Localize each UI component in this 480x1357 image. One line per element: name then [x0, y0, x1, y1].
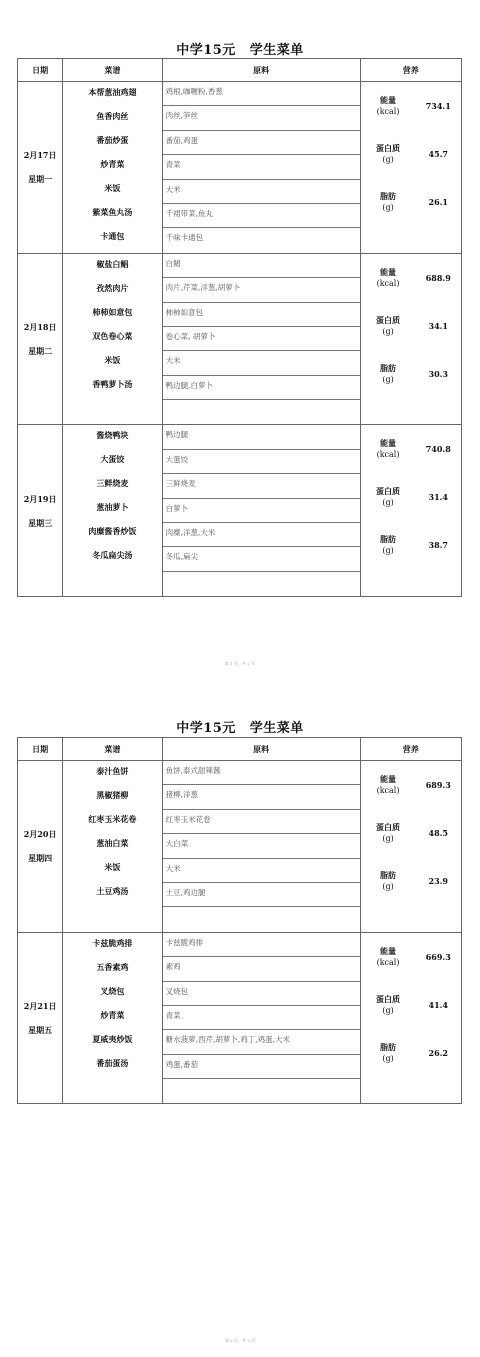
- ingredient-item: 千裙带菜,鱼丸: [163, 204, 360, 228]
- dish-item: 鱼香肉丝: [63, 106, 161, 130]
- ingredient-item: 冬瓜,扁尖: [163, 547, 360, 571]
- dish-item: 黑椒猪柳: [63, 785, 161, 809]
- title-school: 中学15元: [176, 43, 236, 58]
- ingredient-item: 番茄,鸡蛋: [163, 131, 360, 155]
- nutrition-value: 41.4: [416, 1000, 461, 1010]
- ingredient-item: 红枣玉米花卷: [163, 810, 360, 834]
- ingredient-item: 素鸡: [163, 957, 360, 981]
- header-row: 日期菜谱原料营养: [18, 738, 462, 761]
- nutrition-label: 蛋白质(g): [361, 486, 416, 508]
- nutrition-value: 23.9: [416, 876, 461, 886]
- nutrition-protein: 蛋白质(g)41.4: [361, 981, 461, 1029]
- nutrition-name: 能量: [361, 774, 416, 785]
- dish-item: [63, 1077, 161, 1101]
- day-date: 2月21日: [18, 994, 62, 1018]
- dish-item: 夏威夷炒饭: [63, 1029, 161, 1053]
- ingredient-item: 鸡根,咖喱粉,香葱: [163, 82, 360, 106]
- nutrition-label: 蛋白质(g): [361, 994, 416, 1016]
- nutrition-label: 脂肪(g): [361, 870, 416, 892]
- day-row: 2月18日星期二椒盐白鲳孜然肉片柿柿如意包双色卷心菜米饭香鸭萝卜汤白鲳肉片,芹菜…: [18, 253, 462, 425]
- ingredient-item: 白萝卜: [163, 499, 360, 523]
- page-footer: 第 1 页，共 2 页: [0, 661, 480, 667]
- dish-item: 葱油白菜: [63, 833, 161, 857]
- dish-item: 大蛋饺: [63, 449, 161, 473]
- day-weekday: 星期三: [18, 511, 62, 535]
- ingredient-item: 鱼饼,泰式甜辣酱: [163, 761, 360, 785]
- header-dish: 菜谱: [63, 59, 162, 82]
- dish-item: 米饭: [63, 857, 161, 881]
- nutrition-energy: 能量(kcal)689.3: [361, 761, 461, 809]
- day-date: 2月18日: [18, 315, 62, 339]
- dish-item: 肉糜酱香炒饭: [63, 521, 161, 545]
- header-ingredients: 原料: [162, 59, 360, 82]
- nutrition-value: 740.8: [416, 444, 461, 454]
- nutrition-label: 脂肪(g): [361, 534, 416, 556]
- title-menu: 学生菜单: [250, 43, 304, 58]
- header-row: 日期菜谱原料营养: [18, 59, 462, 82]
- nutrition-name: 能量: [361, 438, 416, 449]
- menu-table: 日期菜谱原料营养2月17日星期一本帮葱油鸡翅鱼香肉丝番茄炒蛋炒青菜米饭紫菜鱼丸汤…: [17, 58, 462, 597]
- dish-item: [63, 905, 161, 929]
- ingredient-item: 白鲳: [163, 254, 360, 278]
- ingredient-item: 卡兹脆鸡排: [163, 933, 360, 957]
- dish-item: 香鸭萝卜汤: [63, 374, 161, 398]
- nutrition-energy: 能量(kcal)740.8: [361, 425, 461, 473]
- nutrition-name: 能量: [361, 267, 416, 278]
- dish-item: 葱油萝卜: [63, 497, 161, 521]
- day-row: 2月20日星期四泰汁鱼饼黑椒猪柳红枣玉米花卷葱油白菜米饭土豆鸡汤鱼饼,泰式甜辣酱…: [18, 761, 462, 933]
- dish-item: 番茄炒蛋: [63, 130, 161, 154]
- header-date: 日期: [18, 738, 63, 761]
- title-school: 中学15元: [176, 721, 236, 736]
- nutrition-label: 能量(kcal): [361, 774, 416, 796]
- nutrition-fat: 脂肪(g)30.3: [361, 350, 461, 398]
- nutrition-cell: 能量(kcal)669.3蛋白质(g)41.4脂肪(g)26.2: [360, 932, 461, 1104]
- nutrition-name: 脂肪: [361, 870, 416, 881]
- ingredient-item: 大白菜: [163, 834, 360, 858]
- nutrition-protein: 蛋白质(g)48.5: [361, 809, 461, 857]
- dish-item: 卡兹脆鸡排: [63, 933, 161, 957]
- ingredient-item: 糖水菠萝,西芹,胡萝卜,鸡丁,鸡蛋,大米: [163, 1030, 360, 1054]
- dishes-cell: 泰汁鱼饼黑椒猪柳红枣玉米花卷葱油白菜米饭土豆鸡汤: [63, 761, 162, 933]
- day-date-cell: 2月17日星期一: [18, 82, 63, 254]
- header-date: 日期: [18, 59, 63, 82]
- nutrition-label: 脂肪(g): [361, 363, 416, 385]
- dish-item: 冬瓜扁尖汤: [63, 545, 161, 569]
- ingredient-item: 大米: [163, 180, 360, 204]
- nutrition-name: 蛋白质: [361, 822, 416, 833]
- ingredient-item: 鸡蛋,番茄: [163, 1055, 360, 1079]
- nutrition-name: 蛋白质: [361, 143, 416, 154]
- nutrition-label: 能量(kcal): [361, 946, 416, 968]
- day-weekday: 星期二: [18, 339, 62, 363]
- nutrition-unit: (g): [361, 833, 416, 844]
- nutrition-value: 31.4: [416, 492, 461, 502]
- ingredient-item: 猪柳,洋葱: [163, 785, 360, 809]
- ingredient-item: 肉片,芹菜,洋葱,胡萝卜: [163, 278, 360, 302]
- ingredient-item: 土豆,鸡边腿: [163, 883, 360, 907]
- ingredient-item: 肉糜,洋葱,大米: [163, 523, 360, 547]
- day-row: 2月21日星期五卡兹脆鸡排五香素鸡叉烧包炒青菜夏威夷炒饭番茄蛋汤卡兹脆鸡排素鸡叉…: [18, 932, 462, 1104]
- menu-table: 日期菜谱原料营养2月20日星期四泰汁鱼饼黑椒猪柳红枣玉米花卷葱油白菜米饭土豆鸡汤…: [17, 737, 462, 1104]
- nutrition-label: 蛋白质(g): [361, 143, 416, 165]
- nutrition-unit: (g): [361, 1005, 416, 1016]
- ingredients-cell: 鸡根,咖喱粉,香葱肉丝,笋丝番茄,鸡蛋青菜大米千裙带菜,鱼丸千味卡通包: [162, 82, 360, 254]
- day-date-cell: 2月18日星期二: [18, 253, 63, 425]
- nutrition-name: 脂肪: [361, 534, 416, 545]
- nutrition-unit: (g): [361, 1053, 416, 1064]
- dish-item: 米饭: [63, 178, 161, 202]
- nutrition-value: 48.5: [416, 828, 461, 838]
- nutrition-cell: 能量(kcal)689.3蛋白质(g)48.5脂肪(g)23.9: [360, 761, 461, 933]
- nutrition-name: 脂肪: [361, 191, 416, 202]
- nutrition-unit: (g): [361, 497, 416, 508]
- day-row: 2月19日星期三酱烧鸭块大蛋饺三鲜烧麦葱油萝卜肉糜酱香炒饭冬瓜扁尖汤鸭边腿大蛋饺…: [18, 425, 462, 597]
- dish-item: 酱烧鸭块: [63, 425, 161, 449]
- title-menu: 学生菜单: [250, 721, 304, 736]
- nutrition-unit: (g): [361, 154, 416, 165]
- nutrition-name: 能量: [361, 946, 416, 957]
- nutrition-unit: (kcal): [361, 957, 416, 968]
- dish-item: [63, 569, 161, 593]
- dishes-cell: 酱烧鸭块大蛋饺三鲜烧麦葱油萝卜肉糜酱香炒饭冬瓜扁尖汤: [63, 425, 162, 597]
- dish-item: 炒青菜: [63, 154, 161, 178]
- nutrition-value: 45.7: [416, 149, 461, 159]
- dish-item: 椒盐白鲳: [63, 254, 161, 278]
- dish-item: 米饭: [63, 350, 161, 374]
- dish-item: 叉烧包: [63, 981, 161, 1005]
- dish-item: 红枣玉米花卷: [63, 809, 161, 833]
- ingredient-item: 鸭边腿: [163, 425, 360, 449]
- ingredient-item: [163, 1079, 360, 1103]
- dish-item: 柿柿如意包: [63, 302, 161, 326]
- day-date: 2月17日: [18, 143, 62, 167]
- day-date-cell: 2月19日星期三: [18, 425, 63, 597]
- ingredient-item: [163, 572, 360, 596]
- nutrition-fat: 脂肪(g)38.7: [361, 521, 461, 569]
- page-footer: 第 2 页，共 2 页: [0, 1338, 480, 1344]
- dish-item: 紫菜鱼丸汤: [63, 202, 161, 226]
- nutrition-unit: (kcal): [361, 278, 416, 289]
- ingredient-item: 大蛋饺: [163, 450, 360, 474]
- dish-item: 本帮葱油鸡翅: [63, 82, 161, 106]
- nutrition-unit: (g): [361, 881, 416, 892]
- nutrition-name: 蛋白质: [361, 486, 416, 497]
- nutrition-value: 30.3: [416, 369, 461, 379]
- nutrition-protein: 蛋白质(g)34.1: [361, 302, 461, 350]
- nutrition-unit: (g): [361, 326, 416, 337]
- ingredient-item: 三鲜烧麦: [163, 474, 360, 498]
- dishes-cell: 椒盐白鲳孜然肉片柿柿如意包双色卷心菜米饭香鸭萝卜汤: [63, 253, 162, 425]
- nutrition-value: 689.3: [416, 780, 461, 790]
- nutrition-name: 蛋白质: [361, 315, 416, 326]
- ingredient-item: 肉丝,笋丝: [163, 106, 360, 130]
- day-date: 2月20日: [18, 822, 62, 846]
- nutrition-fat: 脂肪(g)23.9: [361, 857, 461, 905]
- nutrition-unit: (g): [361, 545, 416, 556]
- nutrition-unit: (g): [361, 374, 416, 385]
- nutrition-name: 蛋白质: [361, 994, 416, 1005]
- ingredient-item: 卷心菜, 胡萝卜: [163, 327, 360, 351]
- day-weekday: 星期四: [18, 846, 62, 870]
- nutrition-value: 38.7: [416, 540, 461, 550]
- dish-item: [63, 398, 161, 422]
- dish-item: 番茄蛋汤: [63, 1053, 161, 1077]
- nutrition-protein: 蛋白质(g)45.7: [361, 130, 461, 178]
- nutrition-fat: 脂肪(g)26.2: [361, 1029, 461, 1077]
- ingredient-item: 大米: [163, 859, 360, 883]
- day-weekday: 星期五: [18, 1018, 62, 1042]
- header-dish: 菜谱: [63, 738, 162, 761]
- ingredient-item: 柿柿如意包: [163, 303, 360, 327]
- ingredients-cell: 鸭边腿大蛋饺三鲜烧麦白萝卜肉糜,洋葱,大米冬瓜,扁尖: [162, 425, 360, 597]
- nutrition-unit: (kcal): [361, 785, 416, 796]
- nutrition-value: 688.9: [416, 273, 461, 283]
- nutrition-label: 能量(kcal): [361, 95, 416, 117]
- ingredient-item: 青菜: [163, 1006, 360, 1030]
- dish-item: 双色卷心菜: [63, 326, 161, 350]
- ingredients-cell: 白鲳肉片,芹菜,洋葱,胡萝卜柿柿如意包卷心菜, 胡萝卜大米鸭边腿,白萝卜: [162, 253, 360, 425]
- header-ingredients: 原料: [162, 738, 360, 761]
- day-weekday: 星期一: [18, 167, 62, 191]
- dishes-cell: 卡兹脆鸡排五香素鸡叉烧包炒青菜夏威夷炒饭番茄蛋汤: [63, 932, 162, 1104]
- nutrition-value: 34.1: [416, 321, 461, 331]
- ingredient-item: 叉烧包: [163, 982, 360, 1006]
- nutrition-label: 能量(kcal): [361, 438, 416, 460]
- ingredients-cell: 鱼饼,泰式甜辣酱猪柳,洋葱红枣玉米花卷大白菜大米土豆,鸡边腿: [162, 761, 360, 933]
- nutrition-label: 能量(kcal): [361, 267, 416, 289]
- nutrition-name: 脂肪: [361, 363, 416, 374]
- day-date: 2月19日: [18, 487, 62, 511]
- nutrition-label: 蛋白质(g): [361, 315, 416, 337]
- nutrition-label: 蛋白质(g): [361, 822, 416, 844]
- nutrition-fat: 脂肪(g)26.1: [361, 178, 461, 226]
- nutrition-cell: 能量(kcal)688.9蛋白质(g)34.1脂肪(g)30.3: [360, 253, 461, 425]
- day-row: 2月17日星期一本帮葱油鸡翅鱼香肉丝番茄炒蛋炒青菜米饭紫菜鱼丸汤卡通包鸡根,咖喱…: [18, 82, 462, 254]
- ingredient-item: [163, 907, 360, 931]
- ingredient-item: 大米: [163, 351, 360, 375]
- dishes-cell: 本帮葱油鸡翅鱼香肉丝番茄炒蛋炒青菜米饭紫菜鱼丸汤卡通包: [63, 82, 162, 254]
- nutrition-name: 能量: [361, 95, 416, 106]
- nutrition-cell: 能量(kcal)734.1蛋白质(g)45.7脂肪(g)26.1: [360, 82, 461, 254]
- nutrition-unit: (kcal): [361, 106, 416, 117]
- nutrition-label: 脂肪(g): [361, 1042, 416, 1064]
- dish-item: 卡通包: [63, 226, 161, 250]
- dish-item: 三鲜烧麦: [63, 473, 161, 497]
- nutrition-name: 脂肪: [361, 1042, 416, 1053]
- day-date-cell: 2月21日星期五: [18, 932, 63, 1104]
- nutrition-unit: (g): [361, 202, 416, 213]
- nutrition-value: 669.3: [416, 952, 461, 962]
- nutrition-energy: 能量(kcal)734.1: [361, 82, 461, 130]
- nutrition-protein: 蛋白质(g)31.4: [361, 473, 461, 521]
- nutrition-label: 脂肪(g): [361, 191, 416, 213]
- dish-item: 孜然肉片: [63, 278, 161, 302]
- dish-item: 土豆鸡汤: [63, 881, 161, 905]
- page-title: 中学15元学生菜单: [0, 717, 480, 736]
- nutrition-value: 734.1: [416, 101, 461, 111]
- ingredient-item: [163, 400, 360, 424]
- nutrition-energy: 能量(kcal)688.9: [361, 254, 461, 302]
- dish-item: 炒青菜: [63, 1005, 161, 1029]
- day-date-cell: 2月20日星期四: [18, 761, 63, 933]
- header-nutrition: 营养: [360, 738, 461, 761]
- ingredient-item: 鸭边腿,白萝卜: [163, 376, 360, 400]
- nutrition-value: 26.2: [416, 1048, 461, 1058]
- nutrition-unit: (kcal): [361, 449, 416, 460]
- nutrition-cell: 能量(kcal)740.8蛋白质(g)31.4脂肪(g)38.7: [360, 425, 461, 597]
- header-nutrition: 营养: [360, 59, 461, 82]
- dish-item: 泰汁鱼饼: [63, 761, 161, 785]
- ingredient-item: 千味卡通包: [163, 228, 360, 252]
- page-title: 中学15元学生菜单: [0, 39, 480, 58]
- nutrition-energy: 能量(kcal)669.3: [361, 933, 461, 981]
- ingredient-item: 青菜: [163, 155, 360, 179]
- nutrition-value: 26.1: [416, 197, 461, 207]
- dish-item: 五香素鸡: [63, 957, 161, 981]
- ingredients-cell: 卡兹脆鸡排素鸡叉烧包青菜糖水菠萝,西芹,胡萝卜,鸡丁,鸡蛋,大米鸡蛋,番茄: [162, 932, 360, 1104]
